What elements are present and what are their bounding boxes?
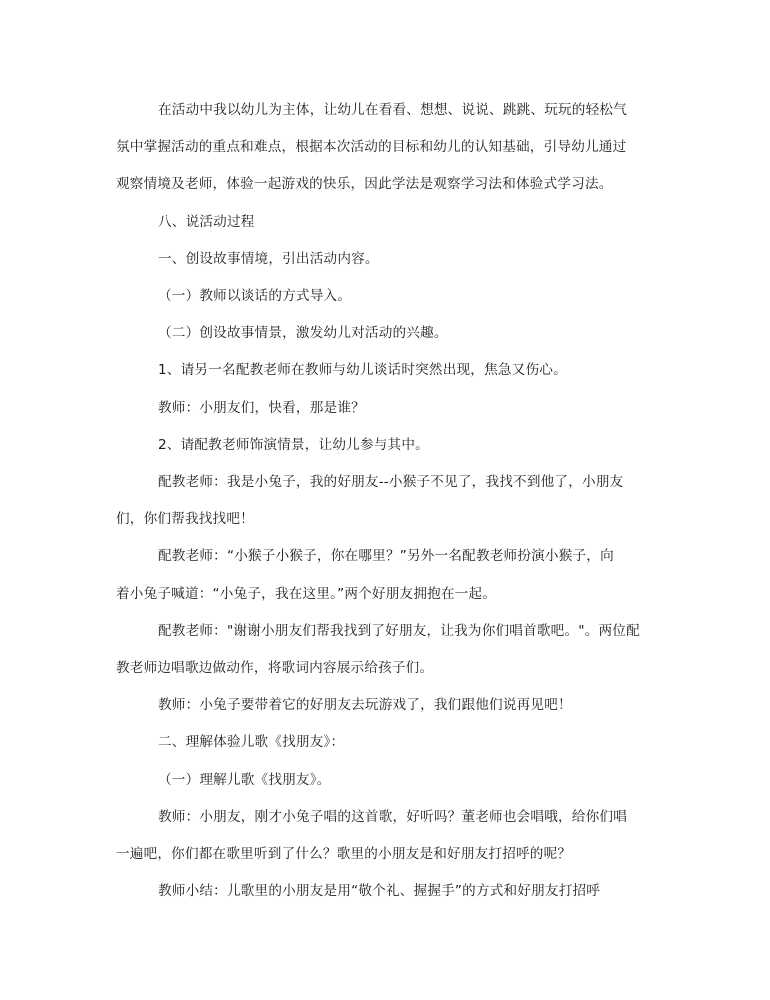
text-line: 八、说活动过程: [116, 204, 642, 241]
dialogue-assistant-3: 配教老师："谢谢小朋友们帮我找到了好朋友，让我为你们唱首歌吧。"。两位配 教老师…: [116, 613, 642, 687]
dialogue-teacher-1: 教师：小朋友们，快看，那是谁？: [116, 390, 642, 427]
document-page: 在活动中我以幼儿为主体，让幼儿在看看、想想、说说、跳跳、玩玩的轻松气 氛中掌握活…: [116, 92, 642, 910]
dialogue-teacher-3: 教师：小朋友，刚才小兔子唱的这首歌，好听吗？董老师也会唱哦，给你们唱 一遍吧，你…: [116, 799, 642, 873]
subitem-1-1: （一）教师以谈话的方式导入。: [116, 278, 642, 315]
text-line: 观察情境及老师，体验一起游戏的快乐，因此学法是观察学习法和体验式学习法。: [116, 166, 642, 203]
dialogue-teacher-2: 教师：小兔子要带着它的好朋友去玩游戏了，我们跟他们说再见吧！: [116, 687, 642, 724]
numbered-item-1: 1、请另一名配教老师在教师与幼儿谈话时突然出现，焦急又伤心。: [116, 352, 642, 389]
text-line: 2、请配教老师饰演情景，让幼儿参与其中。: [116, 427, 642, 464]
text-line: 配教老师：“小猴子小猴子，你在哪里？”另外一名配教老师扮演小猴子，向: [116, 538, 642, 575]
text-line: 1、请另一名配教老师在教师与幼儿谈话时突然出现，焦急又伤心。: [116, 352, 642, 389]
dialogue-assistant-2: 配教老师：“小猴子小猴子，你在哪里？”另外一名配教老师扮演小猴子，向 着小兔子喊…: [116, 538, 642, 612]
text-line: （一）理解儿歌《找朋友》。: [116, 762, 642, 799]
text-line: 配教老师："谢谢小朋友们帮我找到了好朋友，让我为你们唱首歌吧。"。两位配: [116, 613, 642, 650]
text-line: 教师小结：儿歌里的小朋友是用“敬个礼、握握手”的方式和好朋友打招呼: [116, 873, 642, 910]
dialogue-assistant-1: 配教老师：我是小兔子，我的好朋友--小猴子不见了，我找不到他了，小朋友 们，你们…: [116, 464, 642, 538]
text-line: 在活动中我以幼儿为主体，让幼儿在看看、想想、说说、跳跳、玩玩的轻松气: [116, 92, 642, 129]
teacher-summary: 教师小结：儿歌里的小朋友是用“敬个礼、握握手”的方式和好朋友打招呼: [116, 873, 642, 910]
text-line: 们，你们帮我找找吧！: [116, 501, 642, 538]
text-line: 教师：小朋友，刚才小兔子唱的这首歌，好听吗？董老师也会唱哦，给你们唱: [116, 799, 642, 836]
text-line: 二、理解体验儿歌《找朋友》：: [116, 724, 642, 761]
paragraph-learning-method: 在活动中我以幼儿为主体，让幼儿在看看、想想、说说、跳跳、玩玩的轻松气 氛中掌握活…: [116, 92, 642, 204]
subitem-2-1: （一）理解儿歌《找朋友》。: [116, 762, 642, 799]
text-line: （一）教师以谈话的方式导入。: [116, 278, 642, 315]
text-line: 教老师边唱歌边做动作，将歌词内容展示给孩子们。: [116, 650, 642, 687]
subheading-step-one: 一、创设故事情境，引出活动内容。: [116, 241, 642, 278]
subheading-step-two: 二、理解体验儿歌《找朋友》：: [116, 724, 642, 761]
subitem-1-2: （二）创设故事情景，激发幼儿对活动的兴趣。: [116, 315, 642, 352]
section-heading-activity-process: 八、说活动过程: [116, 204, 642, 241]
text-line: 一、创设故事情境，引出活动内容。: [116, 241, 642, 278]
text-line: 教师：小朋友们，快看，那是谁？: [116, 390, 642, 427]
text-line: （二）创设故事情景，激发幼儿对活动的兴趣。: [116, 315, 642, 352]
numbered-item-2: 2、请配教老师饰演情景，让幼儿参与其中。: [116, 427, 642, 464]
text-line: 氛中掌握活动的重点和难点，根据本次活动的目标和幼儿的认知基础，引导幼儿通过: [116, 129, 642, 166]
text-line: 着小兔子喊道：“小兔子，我在这里。”两个好朋友拥抱在一起。: [116, 576, 642, 613]
text-line: 教师：小兔子要带着它的好朋友去玩游戏了，我们跟他们说再见吧！: [116, 687, 642, 724]
text-line: 一遍吧，你们都在歌里听到了什么？歌里的小朋友是和好朋友打招呼的呢？: [116, 836, 642, 873]
text-line: 配教老师：我是小兔子，我的好朋友--小猴子不见了，我找不到他了，小朋友: [116, 464, 642, 501]
